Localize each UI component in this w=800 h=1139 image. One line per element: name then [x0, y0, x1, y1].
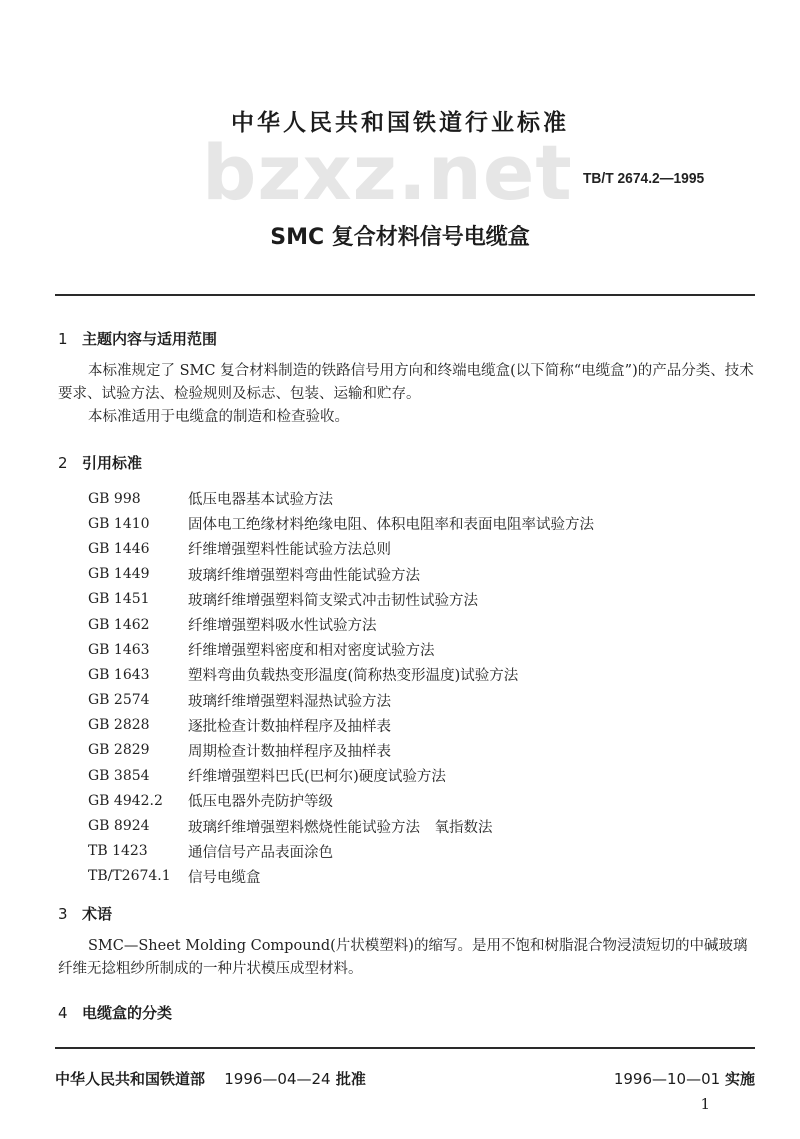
reference-code: TB/T2674.1	[88, 868, 188, 884]
section-number: 1	[58, 330, 82, 348]
reference-code: GB 2829	[88, 742, 188, 758]
reference-row: GB 4942.2低压电器外壳防护等级	[88, 788, 728, 813]
reference-code: GB 1410	[88, 516, 188, 532]
reference-code: GB 1451	[88, 591, 188, 607]
section-1-heading: 1主题内容与适用范围	[58, 328, 217, 349]
reference-code: GB 2828	[88, 717, 188, 733]
reference-title: 玻璃纤维增强塑料弯曲性能试验方法	[188, 564, 728, 585]
section-title: 引用标准	[82, 454, 142, 472]
reference-row: GB 1463纤维增强塑料密度和相对密度试验方法	[88, 637, 728, 662]
reference-title: 玻璃纤维增强塑料简支梁式冲击韧性试验方法	[188, 589, 728, 610]
reference-code: GB 8924	[88, 818, 188, 834]
reference-row: GB 1462纤维增强塑料吸水性试验方法	[88, 612, 728, 637]
reference-code: GB 3854	[88, 768, 188, 784]
reference-code: GB 998	[88, 491, 188, 507]
watermark: bzxz.net	[202, 135, 573, 211]
reference-code: TB 1423	[88, 843, 188, 859]
document-title: SMC 复合材料信号电缆盒	[0, 220, 800, 251]
approval-date: 1996—04—24	[224, 1070, 330, 1088]
section-2-heading: 2引用标准	[58, 452, 142, 473]
reference-row: GB 2829周期检查计数抽样程序及抽样表	[88, 738, 728, 763]
reference-row: GB 1451玻璃纤维增强塑料简支梁式冲击韧性试验方法	[88, 587, 728, 612]
section-1-paragraph-2: 本标准适用于电缆盒的制造和检查验收。	[58, 406, 758, 429]
section-4-heading: 4电缆盒的分类	[58, 1002, 172, 1023]
reference-row: GB 2828逐批检查计数抽样程序及抽样表	[88, 713, 728, 738]
section-1-paragraph-1: 本标准规定了 SMC 复合材料制造的铁路信号用方向和终端电缆盒(以下简称“电缆盒…	[58, 360, 758, 406]
reference-title: 通信信号产品表面涂色	[188, 841, 728, 862]
footer-effective: 1996—10—01 实施	[614, 1068, 755, 1089]
section-title: 电缆盒的分类	[82, 1004, 172, 1022]
reference-row: GB 1643塑料弯曲负载热变形温度(简称热变形温度)试验方法	[88, 662, 728, 687]
reference-title: 低压电器外壳防护等级	[188, 790, 728, 811]
reference-row: GB 1410固体电工绝缘材料绝缘电阻、体积电阻率和表面电阻率试验方法	[88, 511, 728, 536]
reference-code: GB 1446	[88, 541, 188, 557]
reference-row: GB 3854纤维增强塑料巴氏(巴柯尔)硬度试验方法	[88, 763, 728, 788]
footer-divider	[55, 1047, 755, 1049]
section-3-paragraph: SMC—Sheet Molding Compound(片状模塑料)的缩写。是用不…	[58, 935, 758, 981]
reference-title: 纤维增强塑料性能试验方法总则	[188, 538, 728, 559]
effective-date: 1996—10—01	[614, 1070, 720, 1088]
reference-title: 纤维增强塑料吸水性试验方法	[188, 614, 728, 635]
reference-code: GB 1463	[88, 642, 188, 658]
reference-code: GB 2574	[88, 692, 188, 708]
reference-title: 纤维增强塑料巴氏(巴柯尔)硬度试验方法	[188, 765, 728, 786]
reference-title: 玻璃纤维增强塑料燃烧性能试验方法 氧指数法	[188, 816, 728, 837]
reference-row: GB 8924玻璃纤维增强塑料燃烧性能试验方法 氧指数法	[88, 813, 728, 838]
reference-title: 周期检查计数抽样程序及抽样表	[188, 740, 728, 761]
footer-approval: 中华人民共和国铁道部 1996—04—24 批准	[55, 1068, 366, 1089]
reference-code: GB 1449	[88, 566, 188, 582]
reference-title: 低压电器基本试验方法	[188, 488, 728, 509]
header-divider	[55, 294, 755, 296]
section-number: 4	[58, 1004, 82, 1022]
section-title: 术语	[82, 905, 112, 923]
section-3-heading: 3术语	[58, 903, 112, 924]
standard-number: TB/T 2674.2—1995	[583, 170, 704, 187]
reference-title: 逐批检查计数抽样程序及抽样表	[188, 715, 728, 736]
reference-title: 固体电工绝缘材料绝缘电阻、体积电阻率和表面电阻率试验方法	[188, 513, 728, 534]
reference-code: GB 1643	[88, 667, 188, 683]
reference-row: GB 2574玻璃纤维增强塑料湿热试验方法	[88, 688, 728, 713]
reference-code: GB 1462	[88, 617, 188, 633]
effective-label: 实施	[725, 1070, 755, 1088]
section-number: 2	[58, 454, 82, 472]
reference-list: GB 998低压电器基本试验方法 GB 1410固体电工绝缘材料绝缘电阻、体积电…	[88, 486, 728, 889]
reference-title: 玻璃纤维增强塑料湿热试验方法	[188, 690, 728, 711]
approval-label: 批准	[336, 1070, 366, 1088]
reference-title: 塑料弯曲负载热变形温度(简称热变形温度)试验方法	[188, 664, 728, 685]
reference-row: GB 1449玻璃纤维增强塑料弯曲性能试验方法	[88, 562, 728, 587]
section-number: 3	[58, 905, 82, 923]
reference-row: GB 998低压电器基本试验方法	[88, 486, 728, 511]
reference-title: 纤维增强塑料密度和相对密度试验方法	[188, 639, 728, 660]
reference-code: GB 4942.2	[88, 793, 188, 809]
reference-row: GB 1446纤维增强塑料性能试验方法总则	[88, 536, 728, 561]
reference-row: TB/T2674.1信号电缆盒	[88, 864, 728, 889]
page-number: 1	[700, 1095, 710, 1113]
reference-row: TB 1423通信信号产品表面涂色	[88, 839, 728, 864]
reference-title: 信号电缆盒	[188, 866, 728, 887]
issuer: 中华人民共和国铁道部	[55, 1070, 205, 1088]
section-title: 主题内容与适用范围	[82, 330, 217, 348]
